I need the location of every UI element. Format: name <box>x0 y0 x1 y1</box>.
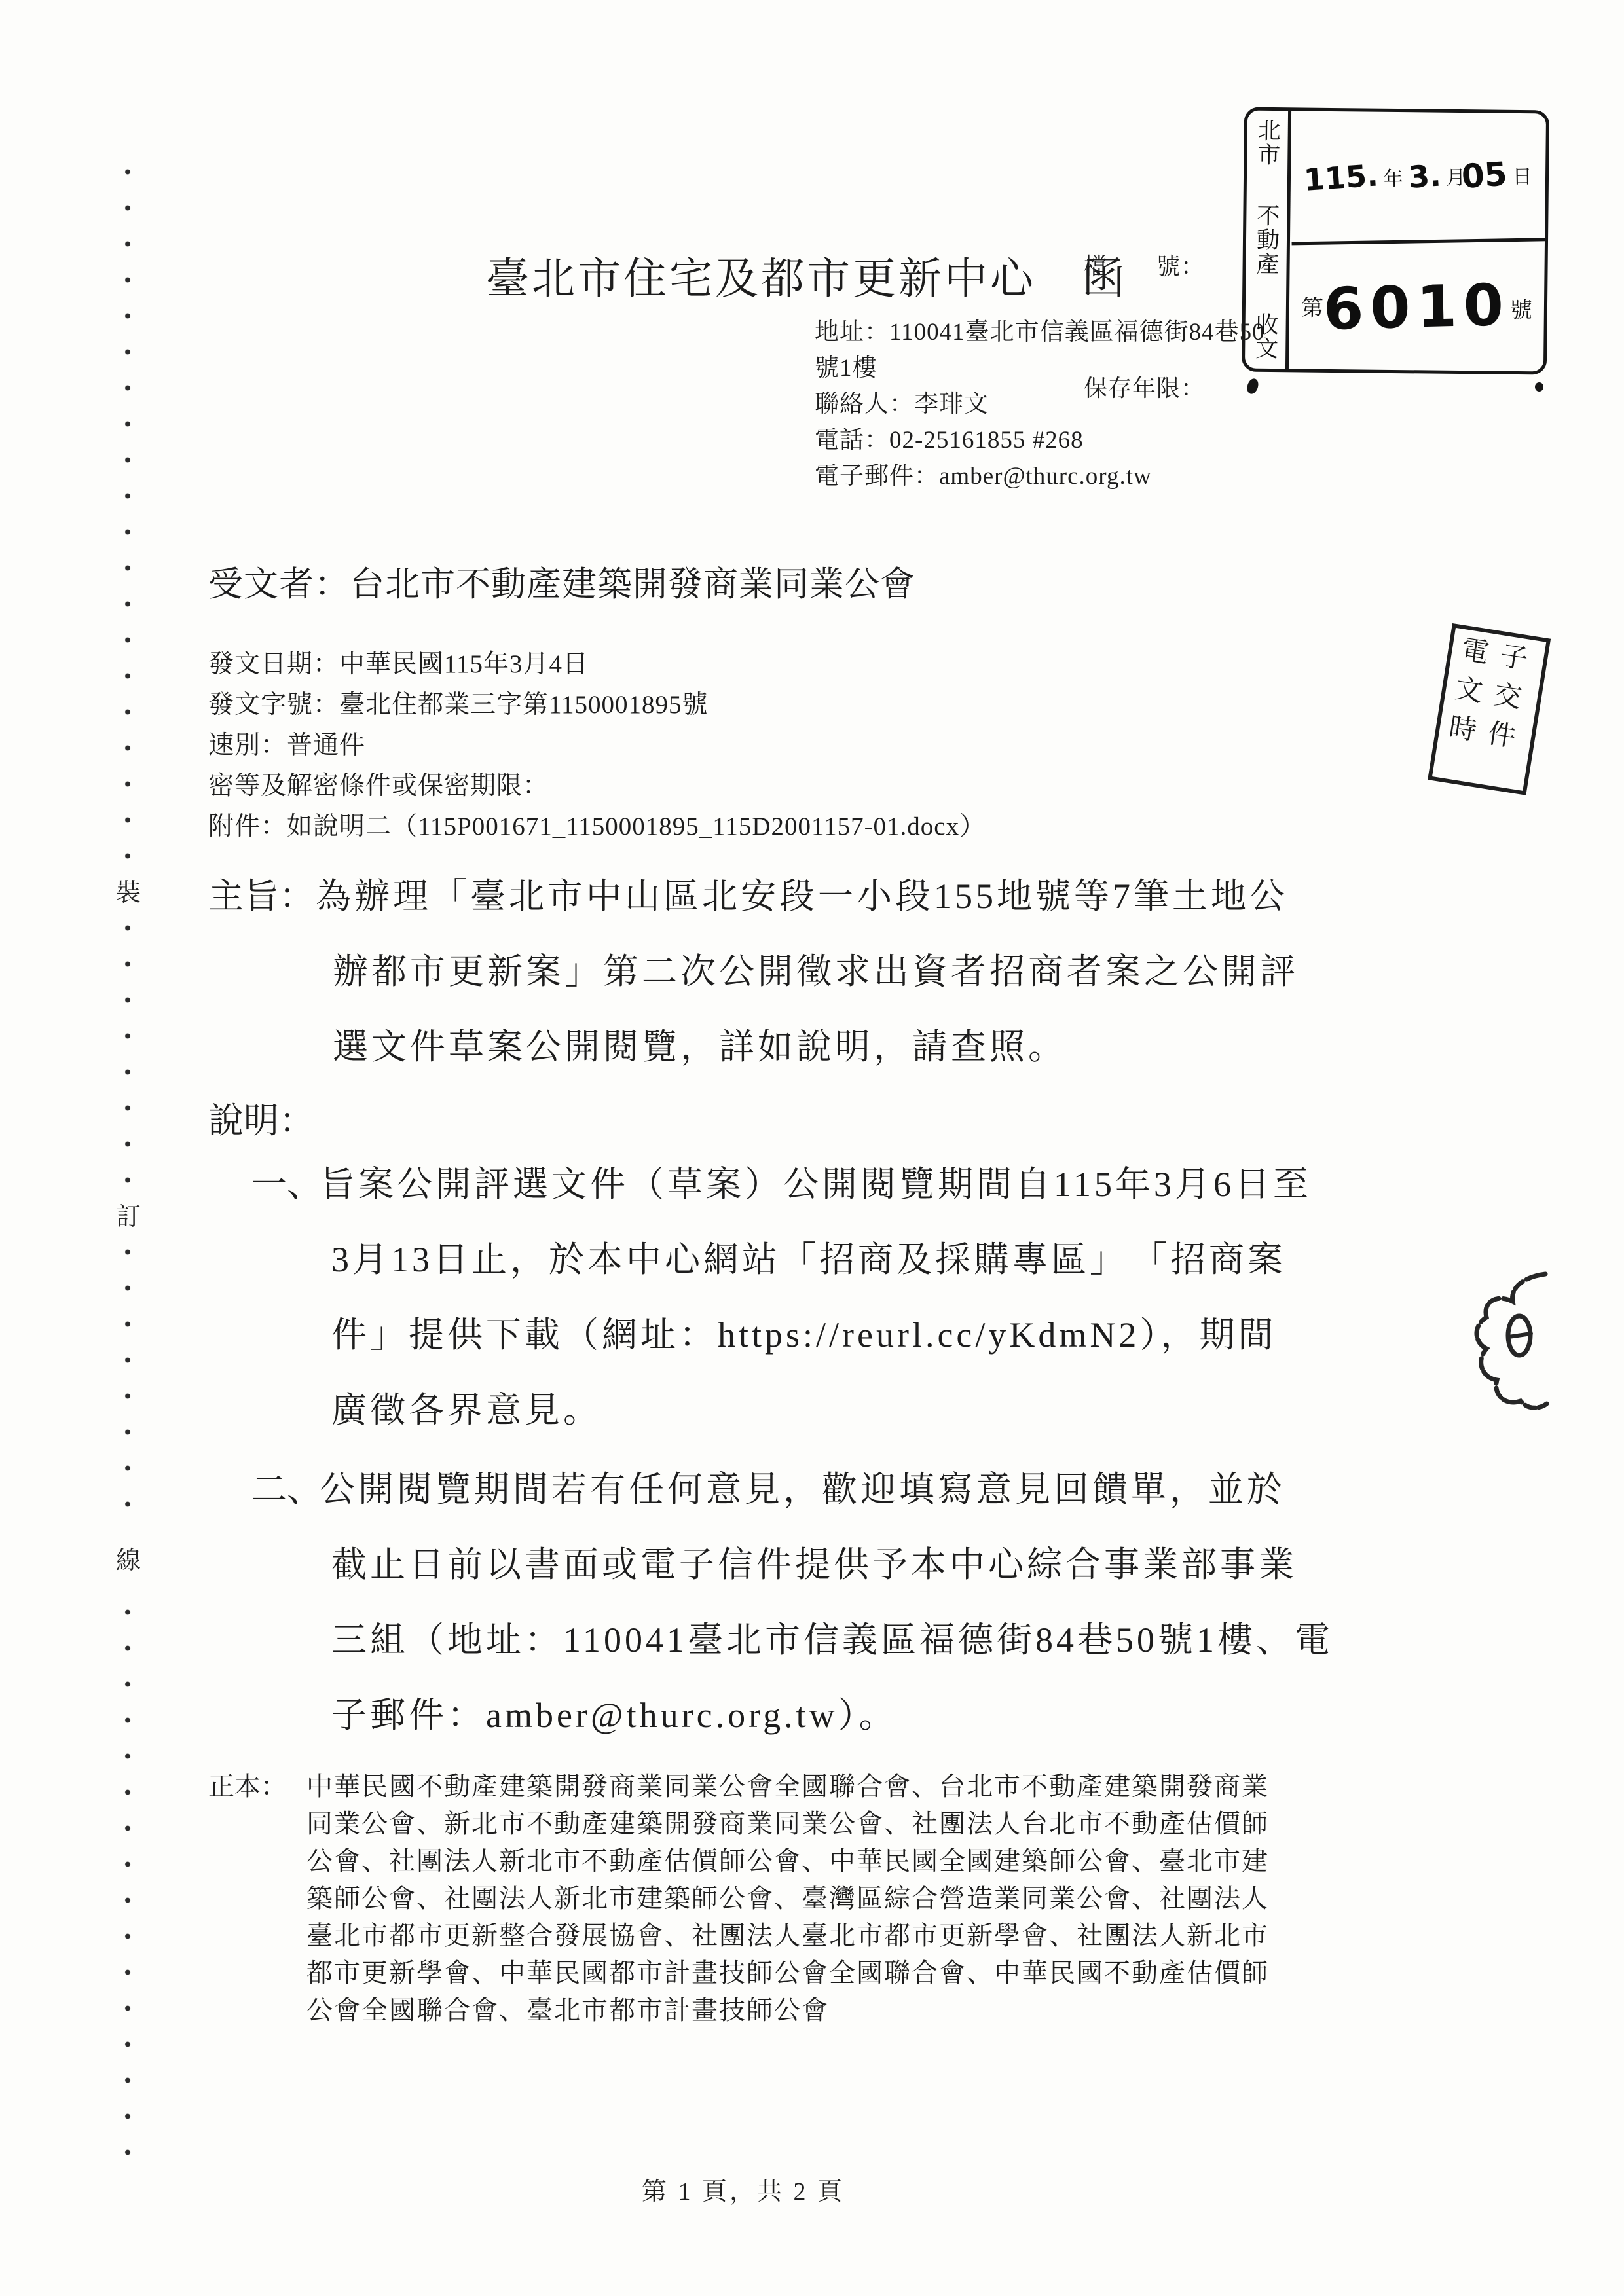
copies-line: 都市更新學會、中華民國都市計畫技師公會全國聯合會、中華民國不動產估價師 <box>306 1954 1302 1992</box>
item-line: 件」提供下載（網址：https://reurl.cc/yKdmN2），期間 <box>320 1298 1420 1373</box>
item-lines: 公開閱覽期間若有任何意見，歡迎填寫意見回饋單，並於 截止日前以書面或電子信件提供… <box>320 1452 1420 1753</box>
electronic-exchange-stamp: 電文時 子交件 <box>1428 623 1551 795</box>
copies-line: 公會、社團法人新北市不動產估價師公會、中華民國全國建築師公會、臺北市建 <box>306 1842 1302 1880</box>
receipt-serial-prefix: 第 <box>1301 289 1324 321</box>
receipt-stamp-serial-row: 第 6010 號 <box>1289 242 1545 371</box>
item-line: 三組（地址：110041臺北市信義區福德街84巷50號1樓、電 <box>320 1603 1420 1678</box>
subject-line: 為辦理「臺北市中山區北安段一小段155地號等7筆土地公 <box>316 859 1416 934</box>
scanned-letter-page: 裝 訂 線 檔 號： 保存年限： 北市 不動產 收文 115. 年 3. 月 0… <box>0 0 1624 2296</box>
document-title: 臺北市住宅及都市更新中心 函 <box>486 244 1128 306</box>
receipt-stamp: 北市 不動產 收文 115. 年 3. 月 05 日 第 6010 號 <box>1242 107 1549 375</box>
sender-contact-block: 地址：110041臺北市信義區福德街84巷50 號1樓 聯絡人：李琲文 電話：0… <box>815 314 1265 494</box>
receipt-date-month: 3. <box>1407 157 1442 194</box>
subject-lines: 為辦理「臺北市中山區北安段一小段155地號等7筆土地公 辦都市更新案」第二次公開… <box>316 859 1416 1085</box>
page-number-footer: 第 1 頁，共 2 頁 <box>642 2171 845 2207</box>
sender-address-line: 號1樓 <box>815 350 1265 386</box>
item-number: 一、 <box>251 1147 320 1222</box>
explanation-item-1: 一、 旨案公開評選文件（草案）公開閱覽期間自115年3月6日至 3月13日止，於… <box>251 1147 1420 1448</box>
receipt-serial-suffix: 號 <box>1510 291 1533 323</box>
item-line: 子郵件：amber@thurc.org.tw）。 <box>320 1678 1420 1753</box>
copies-line: 同業公會、新北市不動產建築開發商業同業公會、社團法人台北市不動產估價師 <box>306 1805 1302 1842</box>
copies-line: 臺北市都市更新整合發展協會、社團法人臺北市都市更新學會、社團法人新北市 <box>306 1917 1302 1954</box>
receipt-serial-number: 6010 <box>1323 270 1511 342</box>
receipt-date-day-unit: 日 <box>1512 160 1532 189</box>
item-line: 廣徵各界意見。 <box>320 1373 1420 1448</box>
receipt-date-day: 05 <box>1460 155 1508 196</box>
binding-mark-zhuang: 裝 <box>115 864 142 916</box>
item-line: 公開閱覽期間若有任何意見，歡迎填寫意見回饋單，並於 <box>320 1452 1420 1527</box>
item-line: 截止日前以書面或電子信件提供予本中心綜合事業部事業 <box>320 1527 1420 1603</box>
receipt-stamp-right: 115. 年 3. 月 05 日 第 6010 號 <box>1289 111 1546 371</box>
copies-line: 築師公會、社團法人新北市建築師公會、臺灣區綜合營造業同業公會、社團法人 <box>306 1880 1302 1917</box>
binding-mark-ding: 訂 <box>115 1188 142 1240</box>
receipt-stamp-date-row: 115. 年 3. 月 05 日 <box>1290 110 1547 245</box>
subject-label: 主旨： <box>208 859 316 934</box>
item-line: 3月13日止，於本中心網站「招商及採購專區」 「招商案 <box>320 1222 1420 1298</box>
meta-doc-number: 發文字號：臺北住都業三字第1150001895號 <box>208 685 986 725</box>
copies-line: 公會全國聯合會、臺北市都市計畫技師公會 <box>306 1992 1302 2029</box>
meta-classification: 密等及解密條件或保密期限： <box>208 766 986 807</box>
sender-email: 電子郵件：amber@thurc.org.tw <box>815 458 1265 494</box>
explanation-item-2: 二、 公開閱覽期間若有任何意見，歡迎填寫意見回饋單，並於 截止日前以書面或電子信… <box>251 1452 1420 1753</box>
sender-address-line: 地址：110041臺北市信義區福德街84巷50 <box>815 314 1265 350</box>
item-lines: 旨案公開評選文件（草案）公開閱覽期間自115年3月6日至 3月13日止，於本中心… <box>320 1147 1420 1448</box>
item-line: 旨案公開評選文件（草案）公開閱覽期間自115年3月6日至 <box>320 1147 1420 1222</box>
recipient-line: 受文者：台北市不動產建築開發商業同業公會 <box>208 556 915 606</box>
copies-line: 中華民國不動產建築開發商業同業公會全國聯合會、台北市不動產建築開發商業 <box>306 1768 1302 1805</box>
item-number: 二、 <box>251 1452 320 1527</box>
meta-issue-date: 發文日期：中華民國115年3月4日 <box>208 644 986 685</box>
copies-label: 正本： <box>208 1768 306 1805</box>
meta-priority: 速別：普通件 <box>208 725 986 766</box>
document-meta-block: 發文日期：中華民國115年3月4日 發文字號：臺北住都業三字第115000189… <box>208 644 986 847</box>
subject-line: 選文件草案公開閱覽，詳如說明，請查照。 <box>316 1010 1416 1085</box>
subject-block: 主旨： 為辦理「臺北市中山區北安段一小段155地號等7筆土地公 辦都市更新案」第… <box>208 859 1416 1085</box>
subject-line: 辦都市更新案」第二次公開徵求出資者招商者案之公開評 <box>316 934 1416 1010</box>
receipt-date-year: 115. <box>1303 157 1380 198</box>
receipt-stamp-org-line: 北市 <box>1256 118 1280 167</box>
receipt-date-year-unit: 年 <box>1383 162 1403 191</box>
copies-block: 正本： 中華民國不動產建築開發商業同業公會全國聯合會、台北市不動產建築開發商業 … <box>208 1768 1302 2029</box>
copies-lines: 中華民國不動產建築開發商業同業公會全國聯合會、台北市不動產建築開發商業 同業公會… <box>306 1768 1302 2029</box>
sender-contact-person: 聯絡人：李琲文 <box>815 386 1265 422</box>
binding-dotted-line <box>124 154 131 2164</box>
receipt-stamp-org-line: 不動產 <box>1255 203 1278 276</box>
sender-phone: 電話：02-25161855 #268 <box>815 422 1265 458</box>
ink-dot <box>1535 382 1543 392</box>
flower-seal-icon <box>1472 1270 1551 1411</box>
meta-attachment: 附件：如說明二（115P001671_1150001895_115D200115… <box>208 807 986 847</box>
binding-mark-xian: 線 <box>115 1532 142 1584</box>
